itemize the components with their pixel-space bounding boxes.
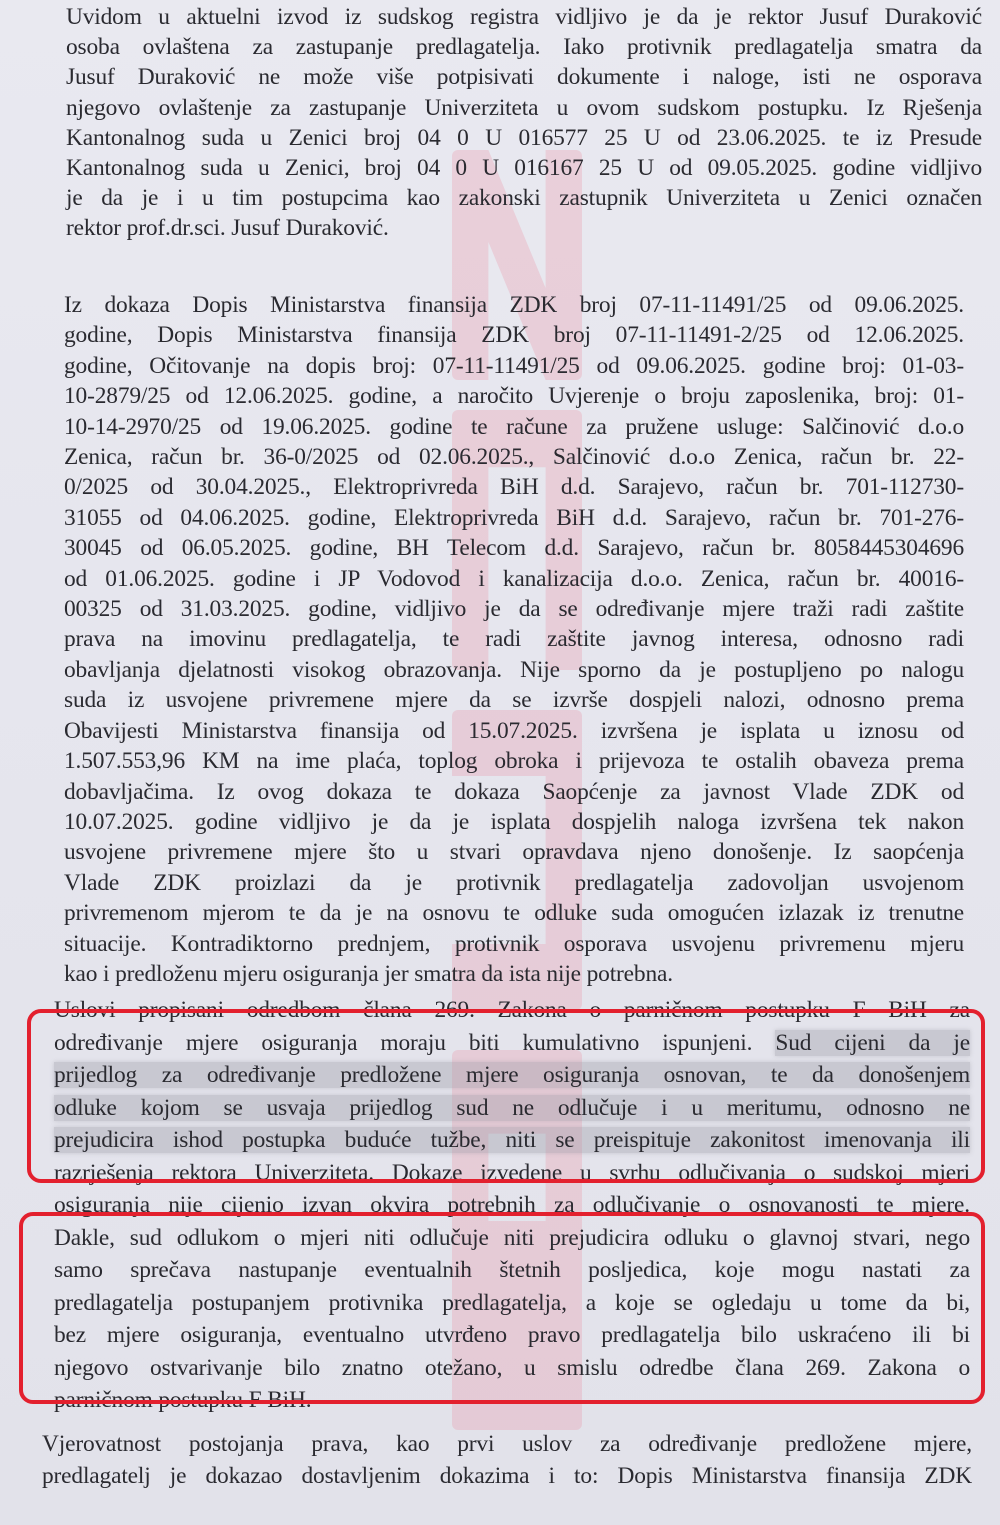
highlighted-text: prijedlog za određivanje predložene mjer… [54,1062,970,1088]
text-segment: određivanje mjere osiguranja moraju biti… [54,1030,775,1056]
text-line: odluke kojom se usvaja prijedlog sud ne … [54,1092,970,1125]
text-line: prijedlog za određivanje predložene mjer… [54,1059,970,1092]
text-line: Vjerovatnost postojanja prava, kao prvi … [42,1428,972,1460]
paragraph-probability: Vjerovatnost postojanja prava, kao prvi … [42,1428,972,1492]
text-line: suda iz usvojene privremene mjere da se … [64,685,964,715]
text-line: osoba ovlaštena za zastupanje predlagate… [66,32,982,62]
highlighted-text: prejudicira ishod postupka buduće tužbe,… [54,1127,970,1153]
highlighted-text: Sud cijeni da je [775,1030,970,1056]
text-line: parničnom postupku F BiH. [54,1384,970,1417]
text-line: njegovo ovlaštenje za zastupanje Univerz… [66,93,982,123]
text-line: kao i predloženu mjeru osiguranja jer sm… [64,959,964,989]
text-line: privremenom mjerom te da je na osnovu te… [64,898,964,928]
text-line: 1.507.553,96 KM na ime plaća, toplog obr… [64,746,964,776]
text-line: od 01.06.2025. godine i JP Vodovod i kan… [64,564,964,594]
text-line: Obavijesti Ministarstva finansija od 15.… [64,716,964,746]
text-line: 10-14-2970/25 od 19.06.2025. godine te r… [64,412,964,442]
text-line: 31055 od 04.06.2025. godine, Elektropriv… [64,503,964,533]
text-line: prava na imovinu predlagatelja, te radi … [64,624,964,654]
text-line: 0/2025 od 30.04.2025., Elektroprivreda B… [64,472,964,502]
text-line: 30045 od 06.05.2025. godine, BH Telecom … [64,533,964,563]
text-line: Kantonalnog suda u Zenici broj 04 0 U 01… [66,123,982,153]
text-line: 10.07.2025. godine vidljivo je da je isp… [64,807,964,837]
text-line: godine, Dopis Ministarstva finansija ZDK… [64,320,964,350]
text-line: prejudicira ishod postupka buduće tužbe,… [54,1124,970,1157]
text-line: određivanje mjere osiguranja moraju biti… [54,1027,970,1060]
text-line: njegovo ostvarivanje bilo znatno otežano… [54,1352,970,1385]
text-line: dobavljačima. Iz ovog dokaza te dokaza S… [64,777,964,807]
text-line: bez mjere osiguranja, eventualno utvrđen… [54,1319,970,1352]
text-line: je da je i u tim postupcima kao zakonski… [66,183,982,213]
text-line: Dakle, sud odlukom o mjeri niti odlučuje… [54,1222,970,1255]
text-line: Kantonalnog suda u Zenici, broj 04 0 U 0… [66,153,982,183]
text-line: 00325 od 31.03.2025. godine, vidljivo je… [64,594,964,624]
text-line: Jusuf Duraković ne može više potpisivati… [66,62,982,92]
text-line: obavljanja djelatnosti visokog obrazovan… [64,655,964,685]
text-line: Iz dokaza Dopis Ministarstva finansija Z… [64,290,964,320]
text-line: 10-2879/25 od 12.06.2025. godine, a naro… [64,381,964,411]
text-line: razrješenja rektora Univerziteta. Dokaze… [54,1157,970,1190]
text-line: Uvidom u aktuelni izvod iz sudskog regis… [66,2,982,32]
text-line: predlagatelja postupanjem protivnika pre… [54,1287,970,1320]
text-line: predlagatelj je dokazao dostavljenim dok… [42,1460,972,1492]
text-line: Uslovi propisani odredbom člana 269. Zak… [54,994,970,1027]
highlighted-text: odluke kojom se usvaja prijedlog sud ne … [54,1095,970,1121]
text-line: samo sprečava nastupanje eventualnih šte… [54,1254,970,1287]
text-line: osiguranja nije cijenio izvan okvira pot… [54,1189,970,1222]
text-line: Vlade ZDK proizlazi da je protivnik pred… [64,868,964,898]
text-line: rektor prof.dr.sci. Jusuf Duraković. [66,213,982,243]
text-line: Zenica, račun br. 36-0/2025 od 02.06.202… [64,442,964,472]
text-line: usvojene privremene mjere što u stvari o… [64,837,964,867]
text-line: situacije. Kontradiktorno prednjem, prot… [64,929,964,959]
paragraph-conditions: Uslovi propisani odredbom člana 269. Zak… [54,994,970,1417]
text-line: godine, Očitovanje na dopis broj: 07-11-… [64,351,964,381]
paragraph-evidence: Iz dokaza Dopis Ministarstva finansija Z… [64,290,964,989]
paragraph-representation: Uvidom u aktuelni izvod iz sudskog regis… [66,2,982,244]
